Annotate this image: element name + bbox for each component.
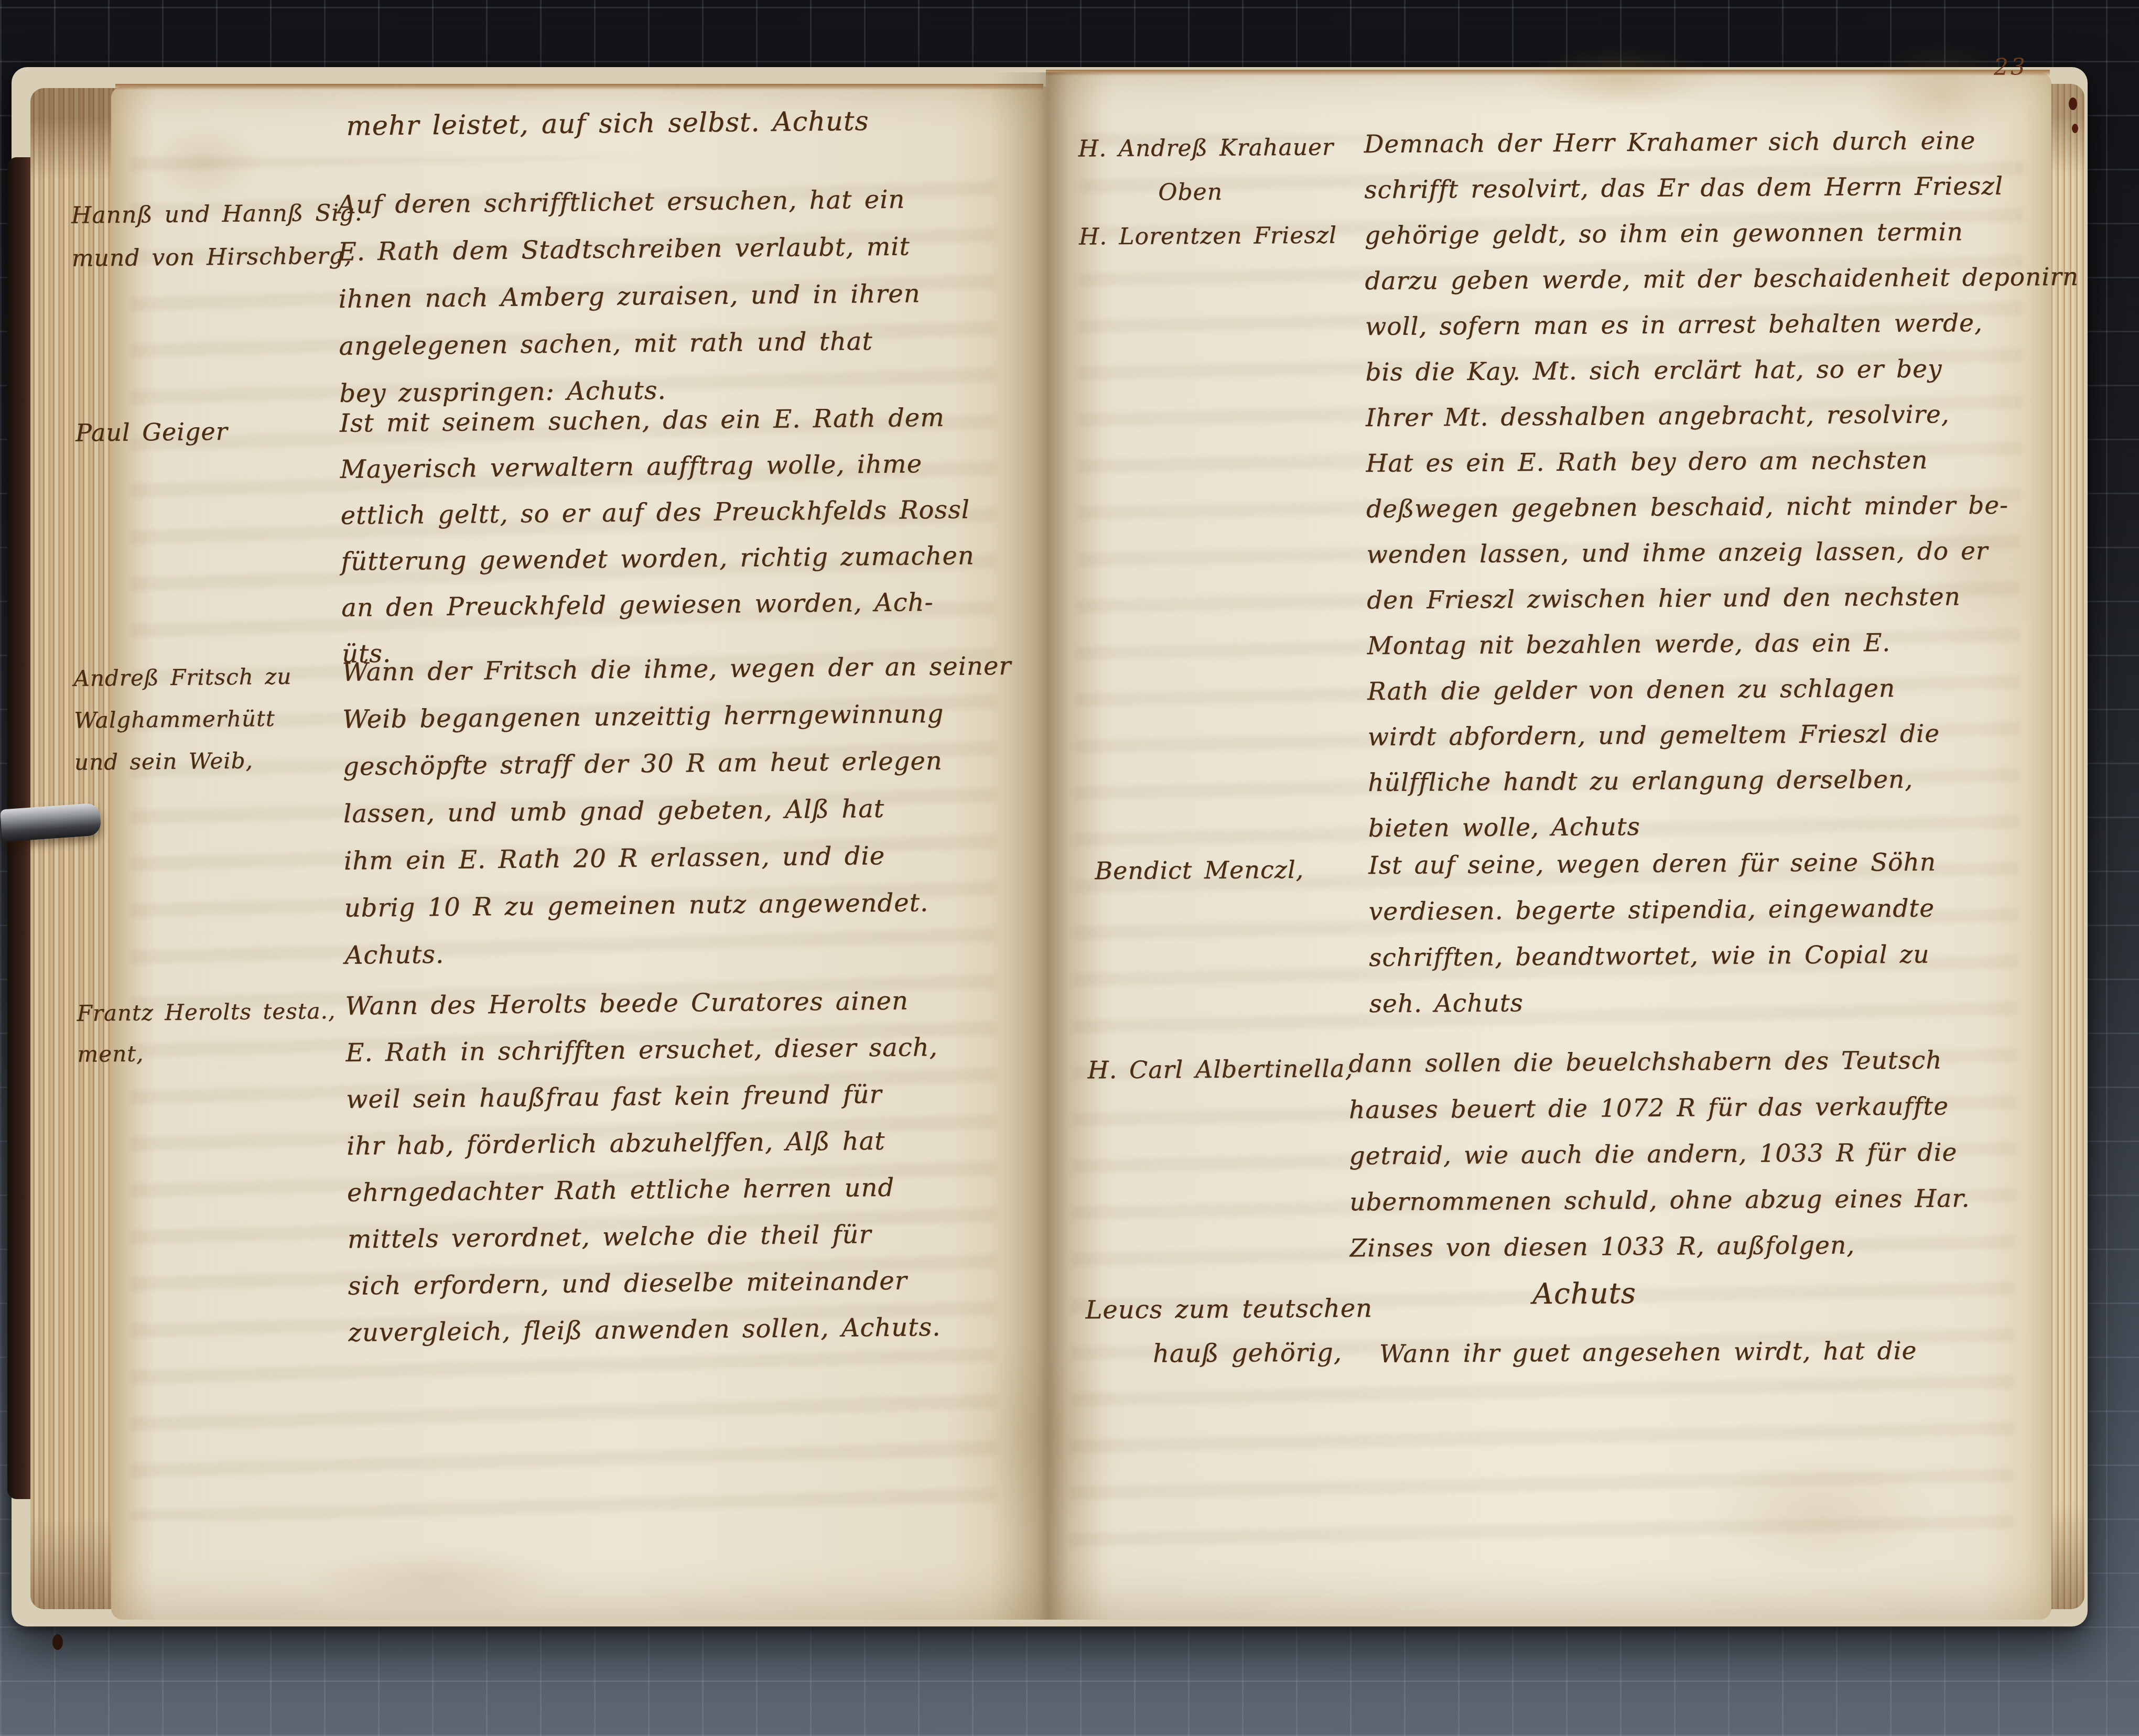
handwritten-line: gehörige geldt, so ihm ein gewonnen term… xyxy=(1365,209,2079,258)
handwritten-line: schrifft resolvirt, das Er das dem Herrn… xyxy=(1364,163,2078,213)
handwritten-line: an den Preuckhfeld gewiesen worden, Ach- xyxy=(341,579,975,631)
handwritten-line: H. Lorentzen Frieszl xyxy=(1079,213,1337,259)
handwritten-line: dann sollen die beuelchshabern des Teuts… xyxy=(1348,1037,1969,1087)
handwritten-line: den Frieszl zwischen hier und den nechst… xyxy=(1367,573,2081,623)
handwritten-line: mittels verordnet, welche die theil für xyxy=(347,1211,940,1263)
handwritten-line: ihr hab, förderlich abzuhelffen, Alß hat xyxy=(347,1117,939,1170)
handwritten-line: hauß gehörig, xyxy=(1153,1330,1373,1376)
handwritten-line: bis die Kay. Mt. sich erclärt hat, so er… xyxy=(1365,345,2079,395)
handwritten-line: lassen, und umb gnad gebeten, Alß hat xyxy=(343,784,1013,838)
handwritten-line: E. Rath in schrifften ersuchet, dieser s… xyxy=(345,1024,938,1077)
handwritten-line: Achuts xyxy=(1532,1268,1971,1317)
handwritten-line: sich erfordern, und dieselbe miteinander xyxy=(348,1257,941,1310)
paper-stain xyxy=(1651,1426,1987,1599)
book-clasp xyxy=(0,802,102,842)
handwritten-line: deßwegen gegebnen beschaid, nicht minder… xyxy=(1366,482,2080,532)
page-number: 23 xyxy=(1994,53,2027,80)
handwritten-line: Wann des Herolts beede Curatores ainen xyxy=(345,978,938,1030)
handwritten-line: Demnach der Herr Krahamer sich durch ein… xyxy=(1364,117,2078,167)
handwritten-line: schrifften, beandtwortet, wie in Copial … xyxy=(1369,931,1937,981)
ink-speck xyxy=(52,1634,63,1650)
handwritten-line: Weib begangenen unzeittig herrngewinnung xyxy=(342,690,1012,743)
entry-margin-heading: Hannß und Hannß Sig.mund von Hirschberg, xyxy=(71,191,363,280)
handwritten-line: H. Andreß Krahauer xyxy=(1078,125,1337,171)
entry-margin-heading: H. Andreß KrahauerObenH. Lorentzen Fries… xyxy=(1078,125,1337,259)
handwritten-line: Achuts. xyxy=(344,926,1014,979)
entry-body: Wann des Herolts beede Curatores ainenE.… xyxy=(345,978,941,1357)
page-top-edge-left xyxy=(115,84,1043,90)
ink-speck xyxy=(2069,97,2077,110)
handwritten-line: ettlich geltt, so er auf des Preuckhfeld… xyxy=(340,486,974,539)
handwritten-line: ehrngedachter Rath ettliche herren und xyxy=(347,1164,939,1217)
paper-stain xyxy=(1484,37,1756,121)
entry-body: dann sollen die beuelchshabern des Teuts… xyxy=(1348,1037,1971,1318)
handwritten-line: Walghammerhütt xyxy=(74,698,293,742)
handwritten-line: angelegenen sachen, mit rath und that xyxy=(339,317,921,370)
handwritten-line: wenden lassen, und ihme anzeig lassen, d… xyxy=(1366,528,2080,578)
handwritten-line: ihnen nach Amberg zuraisen, und in ihren xyxy=(338,270,921,323)
entry-margin-heading: Frantz Herolts testa.,ment, xyxy=(77,991,336,1075)
handwritten-line: verdiesen. begerte stipendia, eingewandt… xyxy=(1368,885,1936,935)
handwritten-line: woll, sofern man es in arrest behalten w… xyxy=(1365,300,2079,350)
handwritten-line: Andreß Fritsch zu xyxy=(73,656,292,700)
catchword-line: mehr leistet, auf sich selbst. Achuts xyxy=(346,106,869,142)
handwritten-line: Rath die gelder von denen zu schlagen xyxy=(1367,665,2081,714)
handwritten-line: E. Rath dem Stadtschreiben verlaubt, mit xyxy=(338,223,920,276)
handwritten-line: Wann der Fritsch die ihme, wegen der an … xyxy=(342,643,1012,696)
handwritten-line: weil sein haußfrau fast kein freund für xyxy=(346,1071,939,1123)
handwritten-line: ubernommenen schuld, ohne abzug eines Ha… xyxy=(1349,1176,1970,1225)
handwritten-line: Auf deren schrifftlichet ersuchen, hat e… xyxy=(337,176,920,229)
handwritten-line: Montag nit bezahlen werde, das ein E. xyxy=(1367,619,2081,669)
entry-body: Ist auf seine, wegen deren für seine Söh… xyxy=(1368,839,1937,1027)
book-page-edges-left xyxy=(30,88,117,1609)
photograph-of-manuscript: mehr leistet, auf sich selbst. Achuts Ha… xyxy=(0,0,2139,1736)
handwritten-line: ment, xyxy=(77,1032,336,1075)
handwritten-line: H. Carl Albertinella, xyxy=(1087,1046,1353,1092)
handwritten-line: fütterung gewendet worden, richtig zumac… xyxy=(341,533,975,585)
handwritten-line: Ihrer Mt. desshalben angebracht, resolvi… xyxy=(1366,391,2080,441)
handwritten-line: Hannß und Hannß Sig. xyxy=(71,191,363,237)
entry-margin-heading: H. Carl Albertinella, xyxy=(1087,1046,1353,1092)
handwritten-line: Mayerisch verwaltern aufftrag wolle, ihm… xyxy=(340,440,974,493)
entry-margin-heading: Paul Geiger xyxy=(75,410,228,454)
handwritten-line: hauses beuert die 1072 R für das verkauf… xyxy=(1349,1083,1970,1133)
entry-margin-heading: Bendict Menczl, xyxy=(1095,848,1304,893)
handwritten-line: Zinses von diesen 1033 R, außfolgen, xyxy=(1349,1222,1970,1272)
handwritten-line: geschöpfte straff der 30 R am heut erleg… xyxy=(343,737,1013,790)
handwritten-line: Wann ihr guet angesehen wirdt, hat die xyxy=(1379,1328,1917,1377)
handwritten-line: Leucs zum teutschen xyxy=(1085,1286,1373,1332)
handwritten-line: Ist auf seine, wegen deren für seine Söh… xyxy=(1368,839,1936,889)
handwritten-line: hülffliche handt zu erlangung derselben, xyxy=(1368,756,2082,806)
handwritten-line: Paul Geiger xyxy=(75,410,228,454)
handwritten-line: Bendict Menczl, xyxy=(1095,848,1304,893)
handwritten-line: und sein Weib, xyxy=(74,740,293,784)
paper-stain xyxy=(246,1531,624,1625)
handwritten-line: ubrig 10 R zu gemeinen nutz angewendet. xyxy=(344,878,1014,932)
entry-body: Ist mit seinem suchen, das ein E. Rath d… xyxy=(339,394,975,677)
handwritten-line: ihm ein E. Rath 20 R erlassen, und die xyxy=(343,831,1013,885)
handwritten-line: Oben xyxy=(1158,169,1337,214)
handwritten-line: seh. Achuts xyxy=(1369,978,1937,1027)
entry-body: Wann der Fritsch die ihme, wegen der an … xyxy=(342,643,1014,979)
entry-body: Wann ihr guet angesehen wirdt, hat die xyxy=(1379,1328,1917,1377)
entry-body: Auf deren schrifftlichet ersuchen, hat e… xyxy=(337,176,921,417)
handwritten-line: zuvergleich, fleiß anwenden sollen, Achu… xyxy=(348,1304,941,1357)
handwritten-line: getraid, wie auch die andern, 1033 R für… xyxy=(1349,1130,1970,1179)
handwritten-line: Ist mit seinem suchen, das ein E. Rath d… xyxy=(339,394,973,447)
handwritten-line: Hat es ein E. Rath bey dero am nechsten xyxy=(1366,437,2080,486)
entry-margin-heading: Andreß Fritsch zuWalghammerhüttund sein … xyxy=(73,656,293,784)
handwritten-line: wirdt abfordern, und gemeltem Frieszl di… xyxy=(1367,710,2081,760)
entry-body: Demnach der Herr Krahamer sich durch ein… xyxy=(1364,117,2082,851)
handwritten-line: Frantz Herolts testa., xyxy=(77,991,336,1034)
handwritten-line: mund von Hirschberg, xyxy=(71,234,363,280)
entry-margin-heading: Leucs zum teutschenhauß gehörig, xyxy=(1085,1286,1373,1376)
handwritten-line: darzu geben werde, mit der beschaidenhei… xyxy=(1365,254,2079,304)
